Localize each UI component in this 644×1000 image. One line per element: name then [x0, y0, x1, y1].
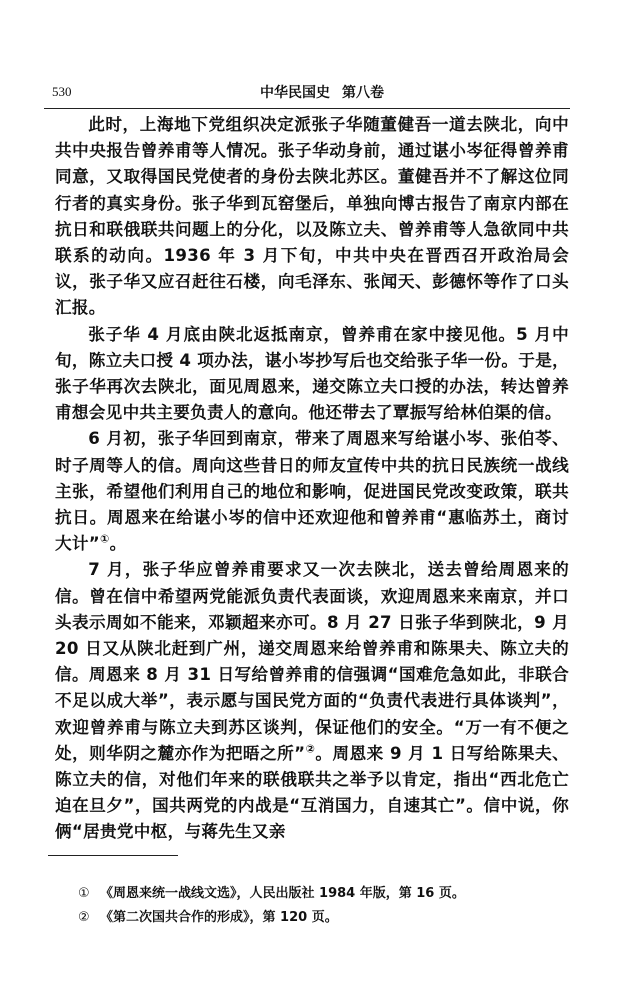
paragraph-4: 7 月，张子华应曾养甫要求又一次去陕北，送去曾给周恩来的信。曾在信中希望两党能派… — [55, 557, 569, 845]
footnote-rule — [48, 855, 178, 856]
paragraph-2: 张子华 4 月底由陕北返抵南京，曾养甫在家中接见他。5 月中旬，陈立夫口授 4 … — [55, 322, 569, 427]
paragraph-3-tail: 。 — [110, 534, 127, 553]
paragraph-1: 此时，上海地下党组织决定派张子华随董健吾一道去陕北，向中共中央报告曾养甫等人情况… — [55, 112, 569, 322]
header-rule — [44, 108, 570, 109]
paragraph-3-text: 6 月初，张子华回到南京，带来了周恩来写给谌小岑、张伯苓、时子周等人的信。周向这… — [55, 429, 569, 553]
footnote-ref-1[interactable]: ① — [100, 533, 110, 546]
footnote-text: 《周恩来统一战线文选》，人民出版社 1984 年版，第 16 页。 — [100, 886, 465, 901]
footnote-text: 《第二次国共合作的形成》，第 120 页。 — [100, 910, 338, 925]
footnote-mark: ① — [78, 882, 100, 906]
body-text: 此时，上海地下党组织决定派张子华随董健吾一道去陕北，向中共中央报告曾养甫等人情况… — [55, 112, 569, 846]
footnote-1: ①《周恩来统一战线文选》，人民出版社 1984 年版，第 16 页。 — [78, 882, 578, 906]
footnote-ref-2[interactable]: ② — [305, 742, 315, 755]
running-title: 中华民国史第八卷 — [0, 82, 644, 102]
book-title: 中华民国史 — [260, 85, 330, 101]
footnote-mark: ② — [78, 906, 100, 930]
paragraph-3: 6 月初，张子华回到南京，带来了周恩来写给谌小岑、张伯苓、时子周等人的信。周向这… — [55, 426, 569, 557]
volume-label: 第八卷 — [342, 85, 384, 101]
footnote-2: ②《第二次国共合作的形成》，第 120 页。 — [78, 906, 578, 930]
footnotes: ①《周恩来统一战线文选》，人民出版社 1984 年版，第 16 页。 ②《第二次… — [78, 882, 578, 930]
paragraph-4-text: 7 月，张子华应曾养甫要求又一次去陕北，送去曾给周恩来的信。曾在信中希望两党能派… — [55, 560, 569, 762]
